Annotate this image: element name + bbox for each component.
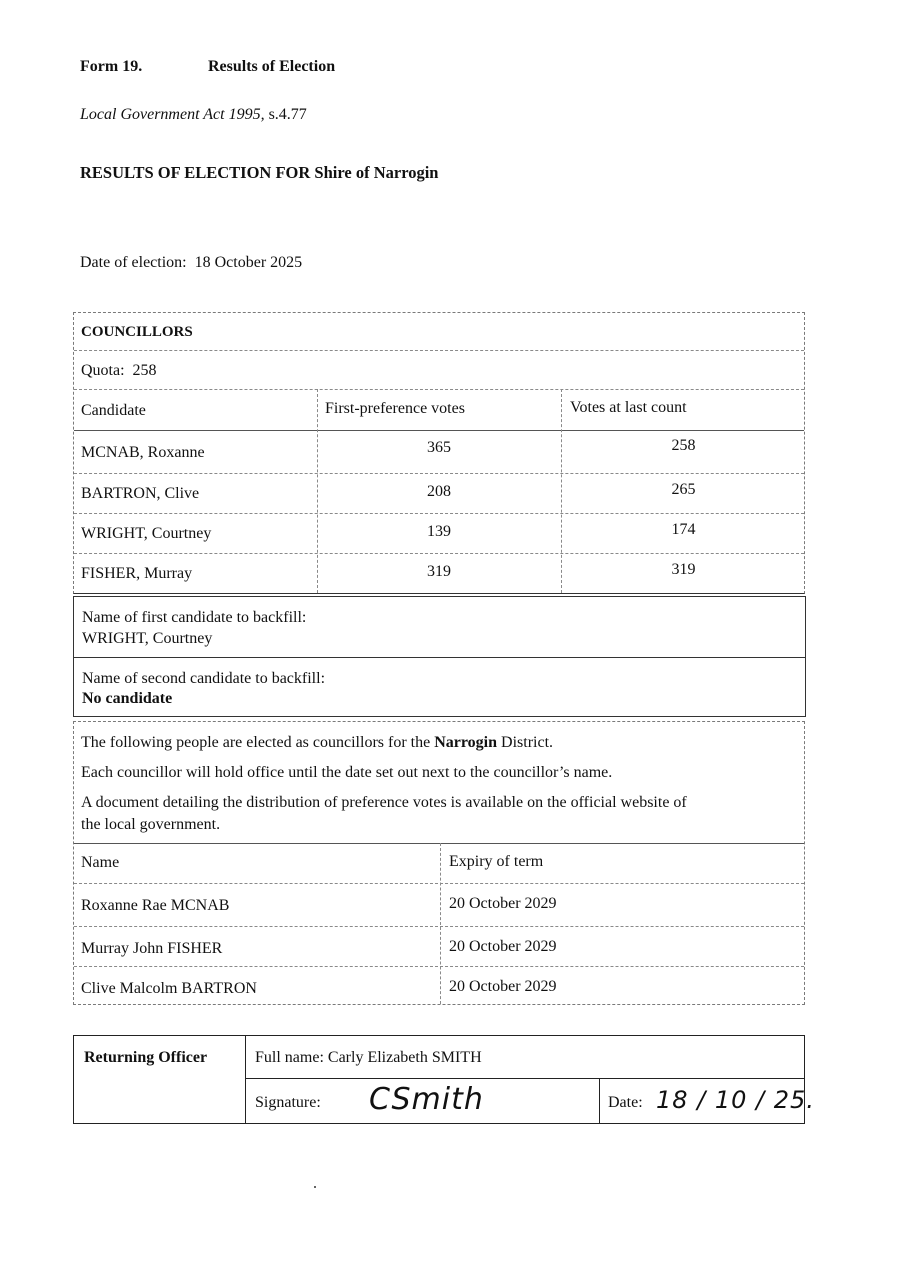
column-header-expiry: Expiry of term (449, 853, 543, 871)
votes-at-last-count: 174 (561, 521, 806, 539)
form-header: Form 19. Results of Election (80, 58, 142, 76)
votes-at-last-count: 319 (561, 561, 806, 579)
page-title: RESULTS OF ELECTION FOR Shire of Narrogi… (80, 163, 438, 183)
elected-statement: The following people are elected as coun… (81, 734, 553, 752)
returning-officer-box: Returning Officer Full name: Carly Eliza… (73, 1035, 805, 1124)
first-backfill-box: Name of first candidate to backfill: WRI… (73, 596, 806, 658)
councillor-name: Clive Malcolm BARTRON (81, 980, 257, 998)
act-section: s.4.77 (265, 106, 307, 123)
quota-value: 258 (133, 362, 157, 379)
table-row: BARTRON, Clive208265 (74, 473, 804, 514)
full-name: Full name: Carly Elizabeth SMITH (255, 1049, 482, 1067)
returning-officer-label: Returning Officer (84, 1049, 207, 1067)
divider (245, 1078, 804, 1079)
form-title: Results of Election (208, 58, 335, 76)
district-name: Narrogin (434, 734, 497, 751)
signature: CSmith (369, 1082, 484, 1117)
term-note: Each councillor will hold office until t… (81, 764, 612, 782)
candidate-name: MCNAB, Roxanne (81, 444, 205, 462)
form-number: Form 19. (80, 58, 142, 75)
column-divider (561, 389, 562, 593)
elected-statement-text: The following people are elected as coun… (81, 734, 434, 751)
full-name-label: Full name: (255, 1049, 324, 1066)
first-backfill-label: Name of first candidate to backfill: (82, 609, 306, 627)
term-expiry: 20 October 2029 (449, 895, 557, 913)
divider (599, 1078, 600, 1123)
quota-row: Quota: 258 (74, 350, 804, 390)
signature-date: 18 / 10 / 25. (656, 1086, 815, 1114)
table-row: Roxanne Rae MCNAB20 October 2029 (74, 883, 804, 927)
election-date-label: Date of election: (80, 254, 187, 271)
document-note-line2: the local government. (81, 816, 220, 834)
second-backfill-box: Name of second candidate to backfill: No… (73, 657, 806, 717)
section-title: COUNCILLORS (81, 324, 193, 341)
table-row: Clive Malcolm BARTRON20 October 2029 (74, 966, 804, 1006)
table-row: Murray John FISHER20 October 2029 (74, 926, 804, 967)
first-preference-votes: 319 (317, 563, 561, 581)
candidate-name: FISHER, Murray (81, 565, 192, 583)
votes-at-last-count: 265 (561, 481, 806, 499)
elected-statement-suffix: District. (497, 734, 553, 751)
column-header-candidate: Candidate (81, 402, 146, 420)
table-header-row: Candidate First-preference votes Votes a… (74, 389, 804, 431)
term-expiry: 20 October 2029 (449, 938, 557, 956)
election-date: Date of election: 18 October 2025 (80, 254, 302, 272)
column-header-last-count: Votes at last count (570, 399, 687, 417)
elected-statement-block: The following people are elected as coun… (74, 722, 804, 844)
election-date-value: 18 October 2025 (195, 254, 303, 271)
signature-label: Signature: (255, 1094, 321, 1112)
column-divider (440, 843, 441, 1004)
votes-at-last-count: 258 (561, 437, 806, 455)
term-expiry: 20 October 2029 (449, 978, 557, 996)
councillors-table: COUNCILLORS Quota: 258 Candidate First-p… (73, 312, 805, 594)
first-backfill-value: WRIGHT, Courtney (82, 630, 212, 648)
table-row: MCNAB, Roxanne365258 (74, 430, 804, 474)
document-note-line1: A document detailing the distribution of… (81, 794, 687, 812)
column-divider (317, 389, 318, 593)
table-row: FISHER, Murray319319 (74, 553, 804, 595)
table-row: WRIGHT, Courtney139174 (74, 513, 804, 554)
elected-header-row: Name Expiry of term (74, 843, 804, 884)
councillor-name: Roxanne Rae MCNAB (81, 897, 229, 915)
first-preference-votes: 365 (317, 439, 561, 457)
quota: Quota: 258 (81, 362, 157, 380)
column-header-first-preference: First-preference votes (325, 400, 465, 418)
act-name: Local Government Act 1995, (80, 106, 265, 123)
second-backfill-value: No candidate (82, 690, 172, 708)
section-title-row: COUNCILLORS (74, 313, 804, 351)
divider (245, 1036, 246, 1123)
scan-speck (314, 1186, 316, 1188)
candidate-name: BARTRON, Clive (81, 485, 199, 503)
signature-date-label: Date: (608, 1094, 643, 1112)
second-backfill-label: Name of second candidate to backfill: (82, 670, 325, 688)
first-preference-votes: 208 (317, 483, 561, 501)
full-name-value: Carly Elizabeth SMITH (328, 1049, 482, 1066)
candidate-name: WRIGHT, Courtney (81, 525, 211, 543)
first-preference-votes: 139 (317, 523, 561, 541)
quota-label: Quota: (81, 362, 125, 379)
councillor-name: Murray John FISHER (81, 940, 222, 958)
column-header-name: Name (81, 854, 119, 872)
act-reference: Local Government Act 1995, s.4.77 (80, 106, 307, 124)
elected-councillors-section: The following people are elected as coun… (73, 721, 805, 1005)
